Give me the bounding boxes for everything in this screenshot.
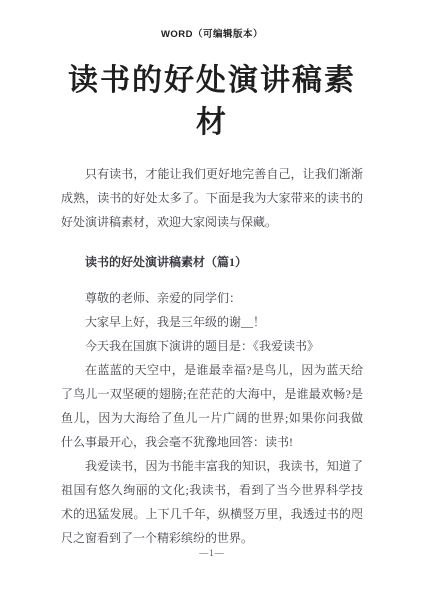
greeting-line: 大家早上好，我是三年级的谢__！ (61, 310, 363, 334)
body-paragraph: 在蓝蓝的天空中，是谁最幸福?是鸟儿，因为蓝天给了鸟儿一双坚硬的翅膀;在茫茫的大海… (61, 358, 363, 454)
speech-topic-line: 今天我在国旗下演讲的题目是：《我爱读书》 (61, 334, 363, 358)
document-page: WORD（可编辑版本） 读书的好处演讲稿素材 只有读书，才能让我们更好地完善自己… (0, 0, 424, 600)
intro-paragraph: 只有读书，才能让我们更好地完善自己，让我们渐渐成熟，读书的好处太多了。下面是我为… (61, 162, 363, 234)
page-title: 读书的好处演讲稿素材 (62, 60, 362, 144)
document-body: 只有读书，才能让我们更好地完善自己，让我们渐渐成熟，读书的好处太多了。下面是我为… (61, 162, 363, 550)
document-header-label: WORD（可编辑版本） (0, 0, 424, 40)
section-heading: 读书的好处演讲稿素材（篇1） (61, 250, 363, 274)
body-paragraph: 我爱读书，因为书能丰富我的知识，我读书，知道了祖国有悠久绚丽的文化;我读书，看到… (61, 454, 363, 550)
salutation-line: 尊敬的老师、亲爱的同学们： (61, 286, 363, 310)
page-number: —1— (0, 548, 424, 558)
